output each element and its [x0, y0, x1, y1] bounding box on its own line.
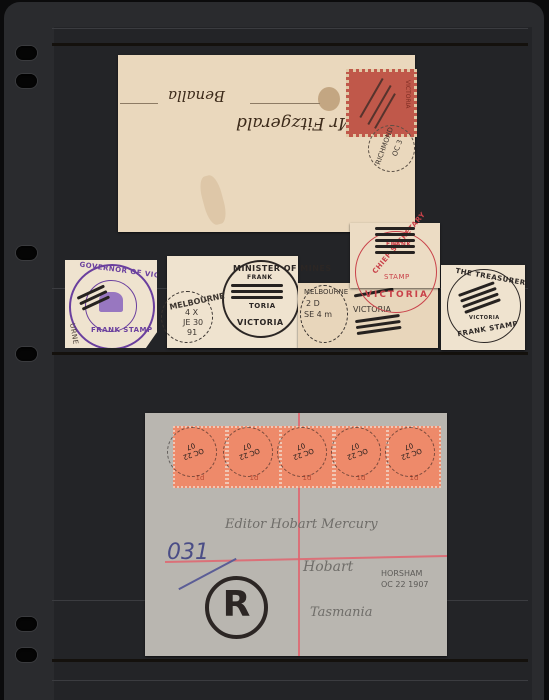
pencil-note: HORSHAM OC 22 1907	[381, 568, 429, 590]
piece-minister-of-mines[interactable]: MINISTER OF MINES FRANK TORIA VICTORIA M…	[167, 256, 298, 348]
piece-the-treasurer[interactable]: THE TREASURER VICTORIA FRANK STAMP	[441, 265, 525, 350]
cds-horsham: OC 2207	[385, 427, 435, 477]
cds-horsham: OC 2207	[331, 427, 381, 477]
postmark-richmond: RICHMOND OC 3	[368, 125, 415, 172]
address-line-2: Hobart	[303, 559, 353, 575]
stamp-country: VICTORIA	[404, 80, 411, 109]
registration-number: 031	[167, 540, 209, 565]
strip-edge	[52, 43, 528, 46]
address-line-2: Benalla	[168, 87, 225, 105]
strip-edge	[52, 659, 528, 662]
piece-chief-secretary[interactable]: CHIEF SECRETARY FRANK STAMP	[350, 223, 440, 288]
binder-hole	[16, 617, 37, 631]
binder-hole	[16, 347, 37, 361]
strip-edge	[52, 352, 528, 355]
cancel-bars	[355, 314, 402, 338]
binder-hole	[16, 246, 37, 260]
stain	[197, 173, 229, 226]
address-rule	[120, 103, 158, 104]
binder-hole	[16, 46, 37, 60]
cover-registered-hobart[interactable]: 1d 1d 1d 1d 1d OC 2207 OC 2207 OC 2207 O…	[145, 413, 447, 656]
cancel-bar	[359, 78, 383, 118]
address-line-1: Editor Hobart Mercury	[225, 517, 378, 532]
chief-secretary-victoria-text: VICTORIA	[365, 290, 429, 300]
binder-hole	[16, 648, 37, 662]
cds-horsham: OC 2207	[223, 427, 273, 477]
piece-governor-of-victoria[interactable]: GOVERNOR OF VICTORIA FRANK STAMP URNE	[65, 260, 157, 348]
strip-sheen	[52, 28, 528, 29]
address-rule	[250, 103, 320, 104]
registered-r-handstamp: R	[205, 576, 268, 639]
cancel-bars	[375, 227, 415, 257]
binder-hole	[16, 74, 37, 88]
cancel-bars	[231, 284, 283, 302]
address-line-3: Tasmania	[310, 605, 372, 620]
cancel-bar	[374, 93, 396, 129]
cds-horsham: OC 2207	[167, 427, 217, 477]
strip-sheen	[52, 680, 528, 681]
address-line-1: Mr Fitzgerald	[236, 113, 355, 133]
cover-richmond[interactable]: Mr Fitzgerald Benalla VICTORIA RICHMOND …	[118, 55, 415, 232]
stain	[318, 87, 340, 111]
cds-horsham: OC 2207	[277, 427, 327, 477]
